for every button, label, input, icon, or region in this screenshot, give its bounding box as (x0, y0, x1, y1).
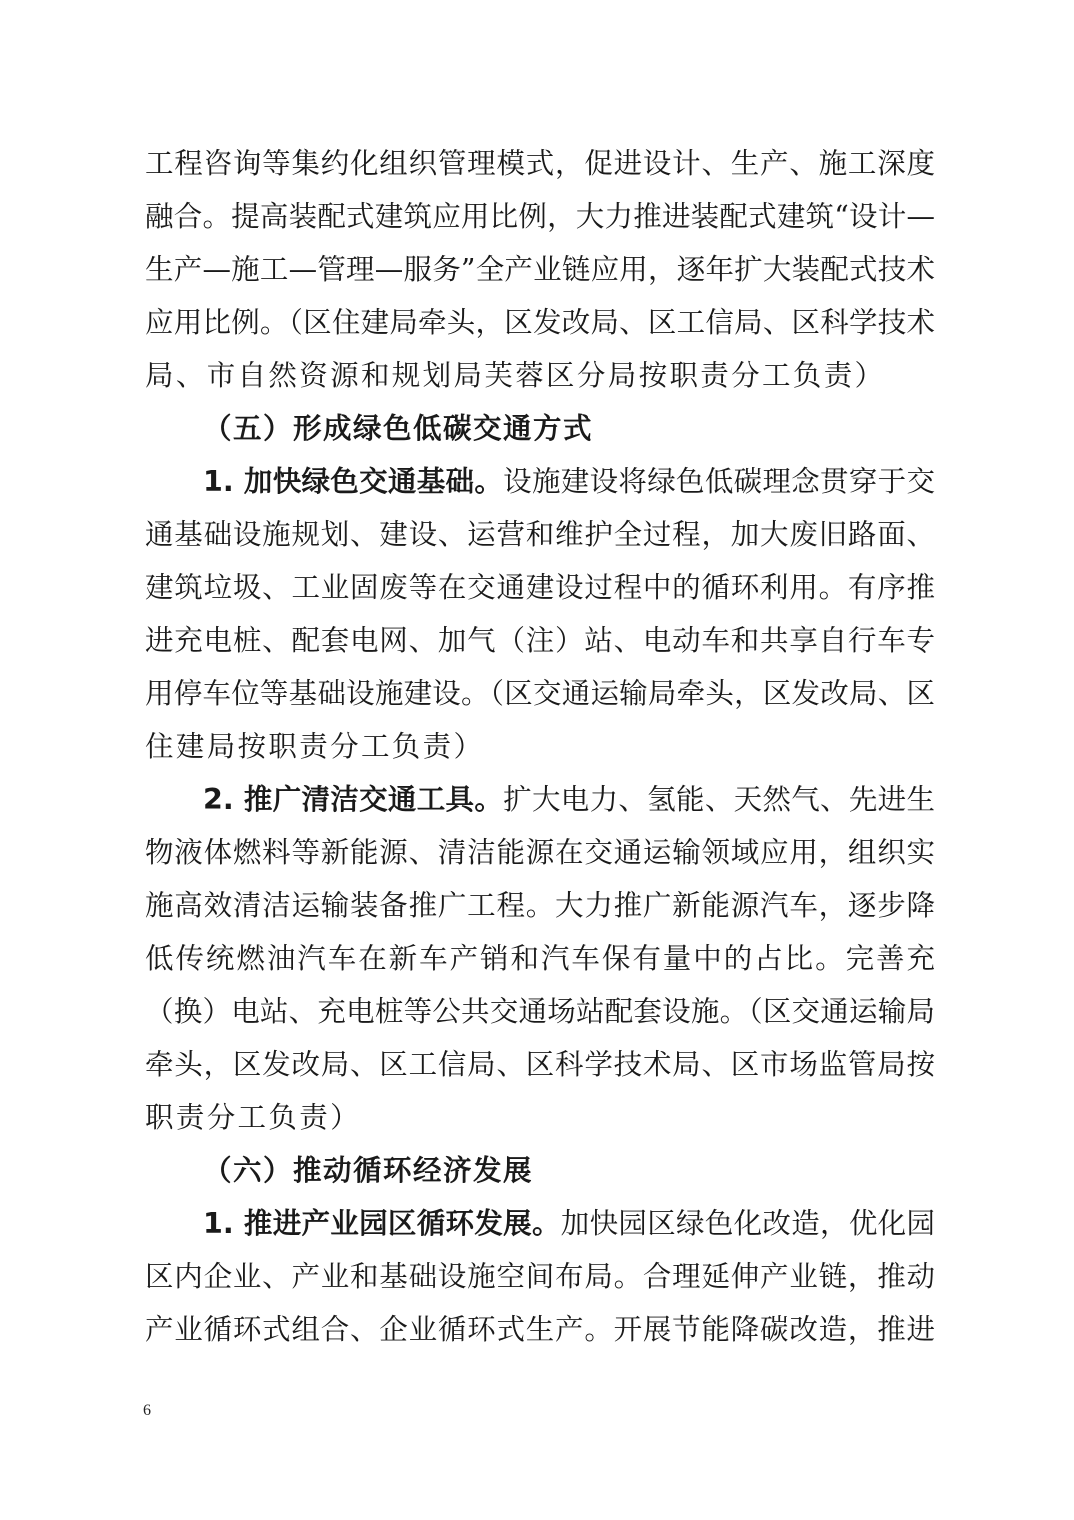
paragraph-line: 进充电桩、配套电网、加气（注）站、电动车和共享自行车专 (145, 614, 935, 667)
paragraph-line: 通基础设施规划、建设、运营和维护全过程，加大废旧路面、 (145, 508, 935, 561)
paragraph-line: 低传统燃油汽车在新车产销和汽车保有量中的占比。完善充 (145, 932, 935, 985)
paragraph-line: 融合。提高装配式建筑应用比例，大力推进装配式建筑“设计— (145, 190, 935, 243)
item-title: 1. 推进产业园区循环发展。 (203, 1207, 561, 1240)
item-line: 2. 推广清洁交通工具。扩大电力、氢能、天然气、先进生 (203, 773, 935, 826)
paragraph-line: 建筑垃圾、工业固废等在交通建设过程中的循环利用。有序推 (145, 561, 935, 614)
item-line: 1. 加快绿色交通基础。设施建设将绿色低碳理念贯穿于交 (203, 455, 935, 508)
document-page: 工程咨询等集约化组织管理模式，促进设计、生产、施工深度 融合。提高装配式建筑应用… (0, 0, 1074, 1520)
paragraph-line: 用停车位等基础设施建设。（区交通运输局牵头，区发改局、区 (145, 667, 935, 720)
item-line: 1. 推进产业园区循环发展。加快园区绿色化改造，优化园 (203, 1197, 935, 1250)
item-text: 加快园区绿色化改造，优化园 (561, 1207, 935, 1240)
paragraph-line: 工程咨询等集约化组织管理模式，促进设计、生产、施工深度 (145, 137, 935, 190)
section-heading-6: （六）推动循环经济发展 (203, 1144, 935, 1197)
item-title: 2. 推广清洁交通工具。 (203, 783, 503, 816)
paragraph-line: 区内企业、产业和基础设施空间布局。合理延伸产业链，推动 (145, 1250, 935, 1303)
paragraph-line: 应用比例。（区住建局牵头，区发改局、区工信局、区科学技术 (145, 296, 935, 349)
paragraph-line: 局、市自然资源和规划局芙蓉区分局按职责分工负责） (145, 349, 935, 402)
paragraph-line: 生产—施工—管理—服务”全产业链应用，逐年扩大装配式技术 (145, 243, 935, 296)
paragraph-line: 产业循环式组合、企业循环式生产。开展节能降碳改造，推进 (145, 1303, 935, 1356)
paragraph-line: 住建局按职责分工负责） (145, 720, 935, 773)
section-heading-5: （五）形成绿色低碳交通方式 (203, 402, 935, 455)
paragraph-line: 牵头，区发改局、区工信局、区科学技术局、区市场监管局按 (145, 1038, 935, 1091)
paragraph-line: （换）电站、充电桩等公共交通场站配套设施。（区交通运输局 (145, 985, 935, 1038)
item-text: 设施建设将绿色低碳理念贯穿于交 (503, 465, 935, 498)
paragraph-line: 物液体燃料等新能源、清洁能源在交通运输领域应用，组织实 (145, 826, 935, 879)
paragraph-line: 施高效清洁运输装备推广工程。大力推广新能源汽车，逐步降 (145, 879, 935, 932)
page-number: 6 (143, 1402, 151, 1420)
paragraph-line: 职责分工负责） (145, 1091, 935, 1144)
item-title: 1. 加快绿色交通基础。 (203, 465, 503, 498)
item-text: 扩大电力、氢能、天然气、先进生 (503, 783, 935, 816)
